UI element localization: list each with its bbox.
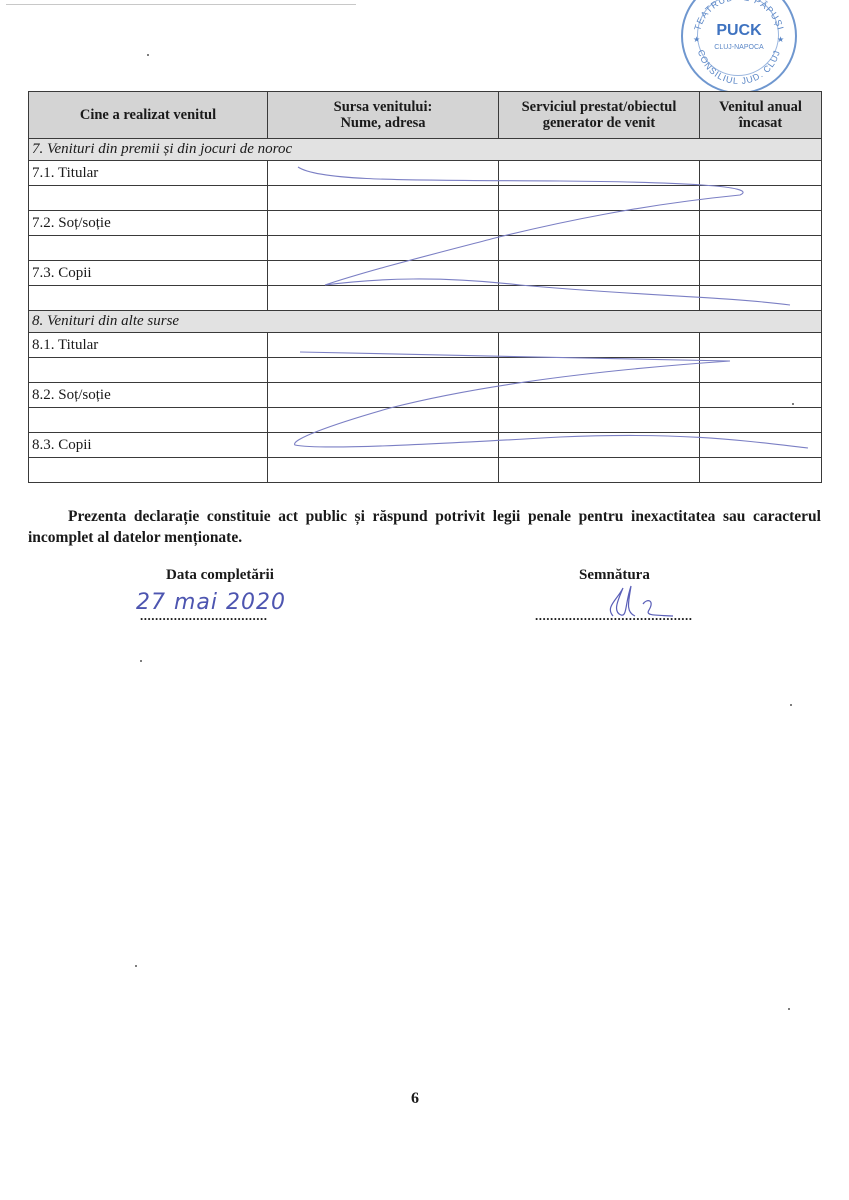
cell-label: 8.2. Soț/soție [29, 383, 268, 408]
table-row: 8.2. Soț/soție [29, 383, 822, 408]
cell-amount [700, 261, 822, 286]
cell-service [499, 261, 700, 286]
cell-service [499, 408, 700, 433]
cell-label [29, 358, 268, 383]
cell-source [268, 333, 499, 358]
cell-source [268, 358, 499, 383]
table-row [29, 186, 822, 211]
section-title: 7. Venituri din premii și din jocuri de … [29, 139, 822, 161]
header-service: Serviciul prestat/obiectulgenerator de v… [499, 92, 700, 139]
cell-source [268, 161, 499, 186]
table-row [29, 286, 822, 311]
date-label: Data completării [166, 567, 274, 584]
header-source: Sursa venitului:Nume, adresa [268, 92, 499, 139]
cell-label: 7.1. Titular [29, 161, 268, 186]
table-row [29, 358, 822, 383]
cell-amount [700, 333, 822, 358]
section-row: 7. Venituri din premii și din jocuri de … [29, 139, 822, 161]
declaration-text: Prezenta declarație constituie act publi… [28, 506, 821, 548]
table-row [29, 408, 822, 433]
cell-amount [700, 433, 822, 458]
cell-label [29, 458, 268, 483]
scan-speck [788, 1008, 790, 1010]
cell-source [268, 433, 499, 458]
scan-speck [135, 965, 137, 967]
cell-label: 7.2. Soț/soție [29, 211, 268, 236]
institution-stamp: TEATRUL DE PĂPUȘI CONSILIUL JUD. CLUJ ★ … [681, 0, 797, 94]
cell-source [268, 211, 499, 236]
income-table: Cine a realizat venitul Sursa venitului:… [28, 91, 822, 483]
header-amount: Venitul anualîncasat [700, 92, 822, 139]
cell-amount [700, 383, 822, 408]
cell-amount [700, 211, 822, 236]
cell-source [268, 458, 499, 483]
cell-service [499, 211, 700, 236]
stamp-name: PUCK [683, 22, 795, 40]
cell-label: 8.3. Copii [29, 433, 268, 458]
cell-label [29, 236, 268, 261]
cell-source [268, 286, 499, 311]
cell-source [268, 408, 499, 433]
cell-amount [700, 408, 822, 433]
cell-label [29, 286, 268, 311]
svg-text:CONSILIUL JUD. CLUJ: CONSILIUL JUD. CLUJ [696, 49, 782, 87]
cell-amount [700, 236, 822, 261]
cell-service [499, 433, 700, 458]
table-row: 7.2. Soț/soție [29, 211, 822, 236]
table-row: 7.3. Copii [29, 261, 822, 286]
page-number: 6 [411, 1090, 419, 1108]
cell-service [499, 286, 700, 311]
cell-service [499, 186, 700, 211]
cell-label [29, 186, 268, 211]
stamp-city: CLUJ-NAPOCA [683, 44, 795, 51]
signature-dotted-line: ........................................… [535, 608, 693, 624]
cell-service [499, 358, 700, 383]
section-row: 8. Venituri din alte surse [29, 311, 822, 333]
cell-amount [700, 186, 822, 211]
cell-label: 8.1. Titular [29, 333, 268, 358]
cell-service [499, 458, 700, 483]
header-who: Cine a realizat venitul [29, 92, 268, 139]
scan-edge-line [6, 4, 356, 5]
table-row: 8.3. Copii [29, 433, 822, 458]
cell-amount [700, 358, 822, 383]
cell-service [499, 236, 700, 261]
cell-amount [700, 161, 822, 186]
scan-speck [147, 54, 149, 56]
cell-source [268, 236, 499, 261]
cell-service [499, 161, 700, 186]
cell-source [268, 186, 499, 211]
date-dotted-line: .................................. [140, 608, 268, 624]
table-header-row: Cine a realizat venitul Sursa venitului:… [29, 92, 822, 139]
table-row: 8.1. Titular [29, 333, 822, 358]
section-title: 8. Venituri din alte surse [29, 311, 822, 333]
table-row [29, 236, 822, 261]
cell-amount [700, 458, 822, 483]
cell-service [499, 383, 700, 408]
cell-source [268, 383, 499, 408]
cell-service [499, 333, 700, 358]
table-row: 7.1. Titular [29, 161, 822, 186]
cell-label [29, 408, 268, 433]
table-row [29, 458, 822, 483]
cell-label: 7.3. Copii [29, 261, 268, 286]
cell-amount [700, 286, 822, 311]
cell-source [268, 261, 499, 286]
scan-speck [790, 704, 792, 706]
scan-speck [140, 660, 142, 662]
